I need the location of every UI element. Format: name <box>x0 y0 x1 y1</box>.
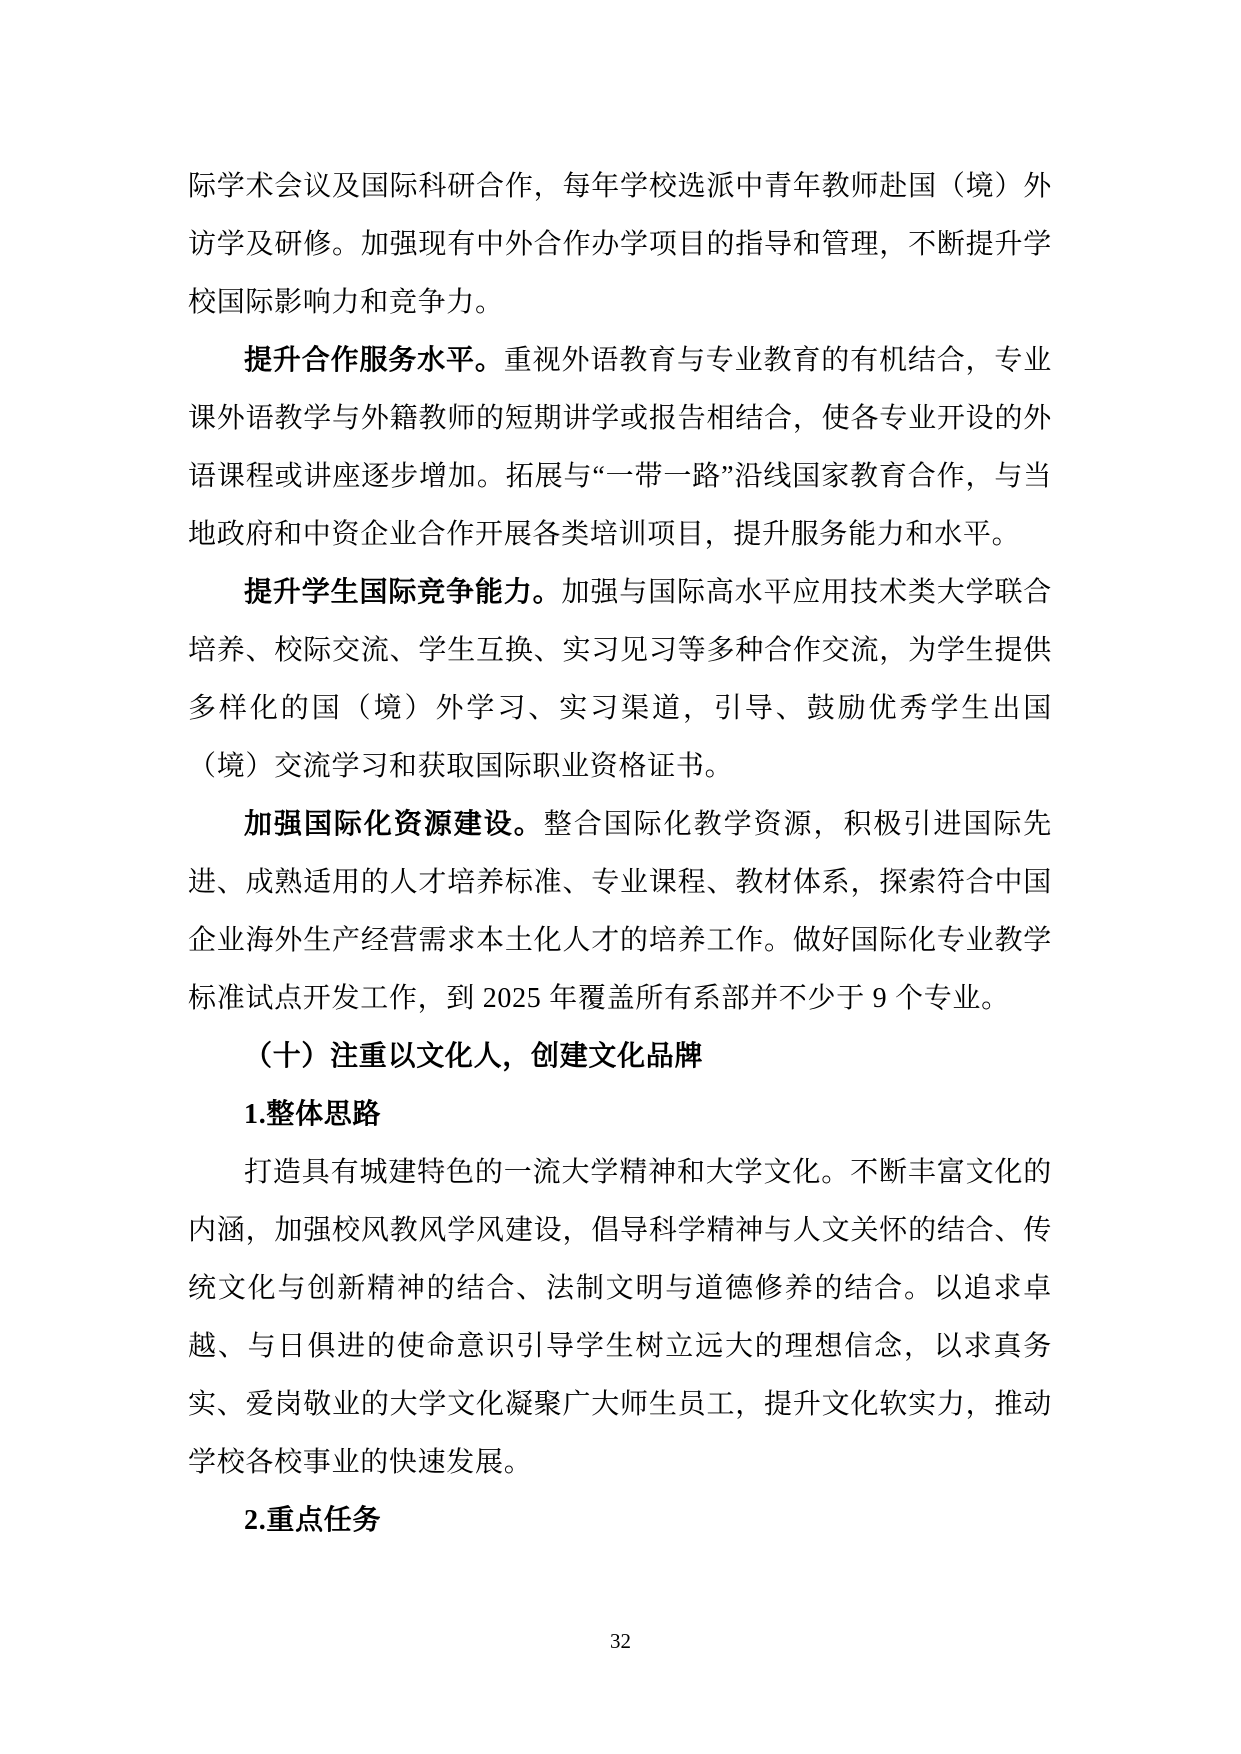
page-number: 32 <box>0 1626 1241 1656</box>
paragraph-continuation: 际学术会议及国际科研合作，每年学校选派中青年教师赴国（境）外访学及研修。加强现有… <box>188 158 1052 332</box>
paragraph-bold-lead: 加强国际化资源建设。 <box>244 809 544 840</box>
document-page: 际学术会议及国际科研合作，每年学校选派中青年教师赴国（境）外访学及研修。加强现有… <box>0 0 1241 1754</box>
paragraph-culture-overall: 打造具有城建特色的一流大学精神和大学文化。不断丰富文化的内涵，加强校风教风学风建… <box>188 1144 1052 1492</box>
paragraph-internationalization-resources: 加强国际化资源建设。整合国际化教学资源，积极引进国际先进、成熟适用的人才培养标准… <box>188 796 1052 1028</box>
section-heading-culture: （十）注重以文化人，创建文化品牌 <box>188 1028 1052 1086</box>
sub-heading-key-tasks: 2.重点任务 <box>188 1492 1052 1550</box>
document-text-block: 际学术会议及国际科研合作，每年学校选派中青年教师赴国（境）外访学及研修。加强现有… <box>188 158 1052 1550</box>
paragraph-text: 打造具有城建特色的一流大学精神和大学文化。不断丰富文化的内涵，加强校风教风学风建… <box>188 1157 1052 1478</box>
paragraph-student-international-competitiveness: 提升学生国际竞争能力。加强与国际高水平应用技术类大学联合培养、校际交流、学生互换… <box>188 564 1052 796</box>
paragraph-improve-cooperation-service: 提升合作服务水平。重视外语教育与专业教育的有机结合，专业课外语教学与外籍教师的短… <box>188 332 1052 564</box>
paragraph-text: 际学术会议及国际科研合作，每年学校选派中青年教师赴国（境）外访学及研修。加强现有… <box>188 171 1052 318</box>
sub-heading-overall-thinking: 1.整体思路 <box>188 1086 1052 1144</box>
paragraph-bold-lead: 提升学生国际竞争能力。 <box>244 577 562 608</box>
paragraph-bold-lead: 提升合作服务水平。 <box>244 345 504 376</box>
